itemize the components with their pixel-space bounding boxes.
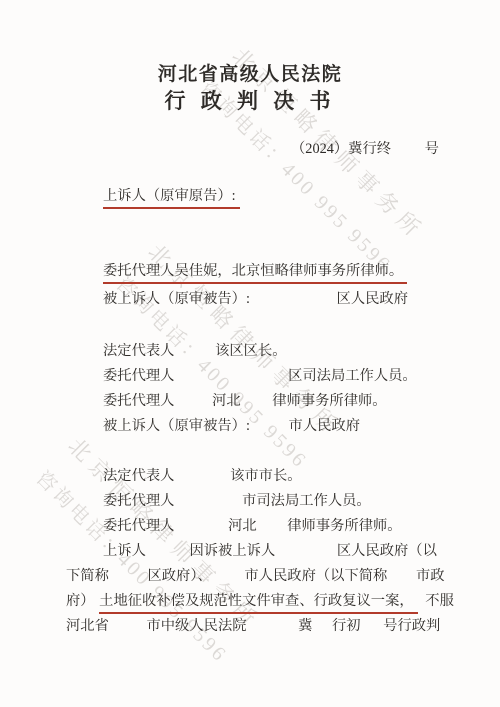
line-agent-wujiani: 委托代理人吴佳妮，北京恒略律师事务所律师。 (103, 263, 407, 284)
agent-hebei-text: 河北 (212, 393, 241, 409)
agent-district-justice-value: 区司法局工作人员。 (288, 368, 417, 384)
legal-rep-label: 法定代表人 (103, 343, 174, 359)
agent-wujiani-text: 委托代理人吴佳妮，北京恒略律师事务所律师。 (103, 263, 407, 284)
appellee-label: 被上诉人（原审被告）: (103, 291, 250, 307)
line-case-intro-1: 上诉人 因诉被上诉人 区人民政府（以 (103, 543, 437, 559)
court-name: 河北省高级人民法院 (0, 59, 500, 86)
agent-firm-lawyer-text: 律师事务所律师。 (272, 393, 386, 409)
agent-label: 委托代理人 (103, 518, 174, 534)
case-intro-sue-text: 因诉被上诉人 (189, 543, 275, 559)
appellee-district-gov: 区人民政府 (337, 291, 408, 307)
line-appellee-district: 被上诉人（原审被告）: 区人民政府 (103, 291, 408, 307)
case-intro-gov-cont: 府） (66, 593, 95, 609)
doc-type-title: 行 政 判 决 书 (0, 85, 500, 115)
line-agent-hebei-firm-2: 委托代理人 河北 律师事务所律师。 (103, 518, 402, 534)
appellee-label: 被上诉人（原审被告）: (103, 418, 250, 434)
case-intro-xingchu: 行初 (332, 618, 361, 634)
line-appellee-city: 被上诉人（原审被告）: 市人民政府 (103, 418, 360, 434)
line-appellant: 上诉人（原审原告）: (103, 188, 240, 209)
case-intro-district-gov: 区人民政府（以 (337, 543, 437, 559)
line-case-intro-2: 下简称 区政府）、 市人民政府（以下简称 市政 (66, 568, 445, 584)
case-intro-ji: 冀 (298, 618, 312, 634)
case-intro-judgment-no: 号行政判 (383, 618, 440, 634)
legal-rep-city-value: 该市市长。 (230, 468, 301, 484)
line-agent-city-justice: 委托代理人 市司法局工作人员。 (103, 493, 371, 509)
judgment-page: 北京恒略律师事务所 咨询电话：400 995 9596 北京恒略律师事务所 咨询… (0, 0, 500, 707)
legal-rep-label: 法定代表人 (103, 468, 174, 484)
agent-hebei-text: 河北 (228, 518, 257, 534)
line-legal-rep-city: 法定代表人 该市市长。 (103, 468, 302, 484)
case-intro-city-abbrev: 市政 (416, 568, 445, 584)
case-intro-appellant: 上诉人 (103, 543, 146, 559)
case-intro-intermediate-court: 市中级人民法院 (146, 618, 246, 634)
case-intro-district-abbrev: 区政府）、 (147, 568, 211, 584)
agent-firm-lawyer-text: 律师事务所律师。 (287, 518, 401, 534)
agent-label: 委托代理人 (103, 368, 174, 384)
line-case-intro-3: 府） 土地征收补偿及规范性文件审查、行政复议一案， 不服 (66, 593, 454, 614)
case-number-prefix: （2024）冀行终 (291, 141, 391, 157)
appellant-label: 上诉人（原审原告）: (103, 188, 240, 209)
agent-label: 委托代理人 (103, 393, 174, 409)
case-number: （2024）冀行终 号 (291, 141, 439, 157)
case-cause-text: 土地征收补偿及规范性文件审查、行政复议一案， (99, 593, 418, 614)
case-intro-dissatisfied: 不服 (425, 593, 454, 609)
line-agent-hebei-firm-1: 委托代理人 河北 律师事务所律师。 (103, 393, 387, 409)
case-number-suffix: 号 (425, 141, 439, 157)
line-legal-rep-district: 法定代表人 该区区长。 (103, 343, 287, 359)
line-case-intro-4: 河北省 市中级人民法院 冀 行初 号行政判 (66, 618, 440, 634)
agent-label: 委托代理人 (103, 493, 174, 509)
case-intro-city-gov: 市人民政府（以下简称 (244, 568, 387, 584)
legal-rep-district-value: 该区区长。 (215, 343, 286, 359)
line-agent-district-justice: 委托代理人 区司法局工作人员。 (103, 368, 417, 384)
case-intro-abbrev: 下简称 (66, 568, 109, 584)
case-intro-hebei: 河北省 (66, 618, 109, 634)
appellee-city-gov: 市人民政府 (289, 418, 360, 434)
agent-city-justice-value: 市司法局工作人员。 (242, 493, 371, 509)
